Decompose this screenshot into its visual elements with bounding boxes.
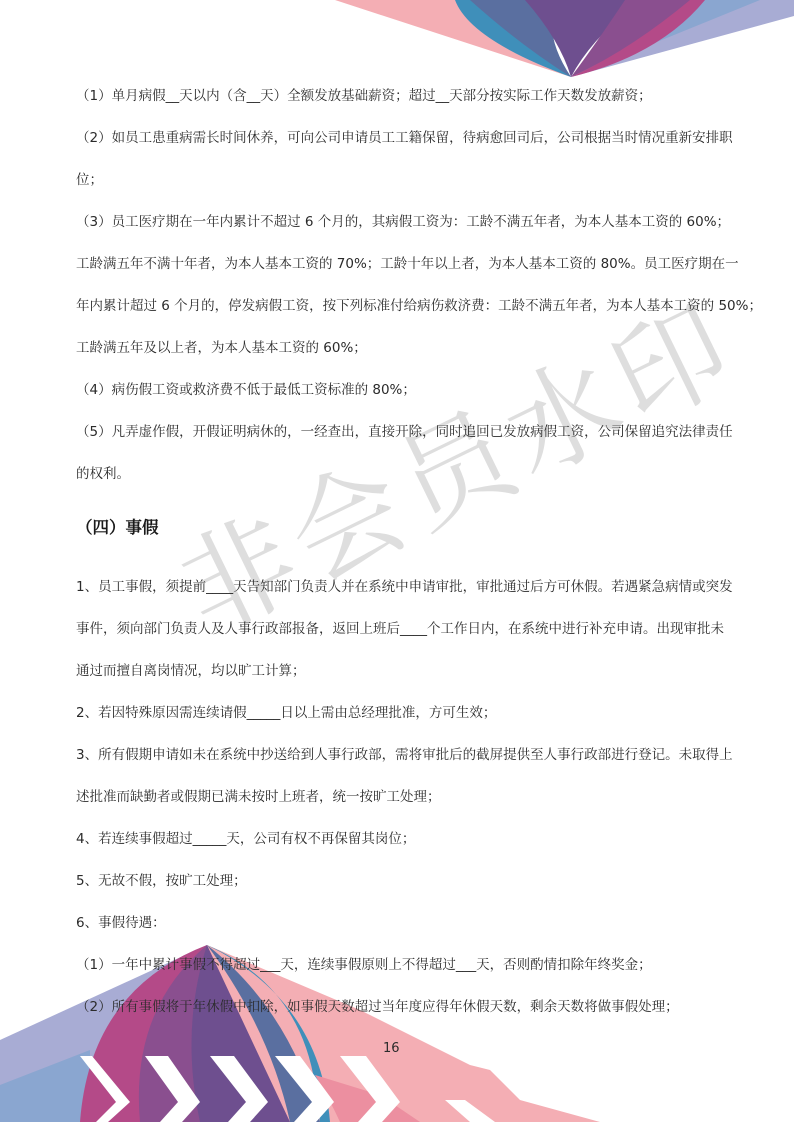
paragraph-line: 年内累计超过 6 个月的，停发病假工资，按下列标准付给病伤救济费：工龄不满五年者… (76, 297, 762, 315)
paragraph-line: （3）员工医疗期在一年内累计不超过 6 个月的，其病假工资为：工龄不满五年者，为… (76, 213, 730, 231)
paragraph-line: （5）凡弄虚作假，开假证明病休的，一经查出，直接开除，同时追回已发放病假工资，公… (76, 423, 733, 441)
paragraph-line: （1）单月病假__天以内（含__天）全额发放基础薪资；超过__天部分按实际工作天… (76, 87, 652, 105)
paragraph-line: 述批准而缺勤者或假期已满未按时上班者，统一按旷工处理； (76, 788, 441, 806)
watermark: 非会员水印 (150, 257, 760, 665)
paragraph-line: 6、事假待遇： (76, 914, 166, 932)
paragraph-line: 3、所有假期申请如未在系统中抄送给到人事行政部，需将审批后的截屏提供至人事行政部… (76, 746, 733, 764)
paragraph-line: 工龄满五年不满十年者，为本人基本工资的 70%；工龄十年以上者，为本人基本工资的… (76, 255, 739, 273)
paragraph-line: 通过而擅自离岗情况，均以旷工计算； (76, 662, 306, 680)
paragraph-line: 5、无故不假，按旷工处理； (76, 872, 247, 890)
paragraph-line: 1、员工事假，须提前____天告知部门负责人并在系统中申请审批，审批通过后方可休… (76, 578, 733, 596)
page-number: 16 (383, 1041, 400, 1056)
header-ornament (335, 0, 794, 77)
section-heading: （四）事假 (76, 519, 159, 537)
paragraph-line: （2）如员工患重病需长时间休养，可向公司申请员工工籍保留，待病愈回司后，公司根据… (76, 129, 733, 147)
paragraph-line: 位； (76, 171, 103, 189)
paragraph-line: （1）一年中累计事假不得超过___天，连续事假原则上不得超过___天，否则酌情扣… (76, 956, 652, 974)
paragraph-line: 2、若因特殊原因需连续请假_____日以上需由总经理批准，方可生效； (76, 704, 496, 722)
paragraph-line: （2）所有事假将于年休假中扣除，如事假天数超过当年度应得年休假天数，剩余天数将做… (76, 998, 679, 1016)
paragraph-line: 事件，须向部门负责人及人事行政部报备，返回上班后____个工作日内，在系统中进行… (76, 620, 724, 638)
paragraph-line: （4）病伤假工资或救济费不低于最低工资标准的 80%； (76, 381, 416, 399)
paragraph-line: 的权利。 (76, 465, 130, 483)
paragraph-line: 4、若连续事假超过_____天，公司有权不再保留其岗位； (76, 830, 415, 848)
paragraph-line: 工龄满五年及以上者，为本人基本工资的 60%； (76, 339, 367, 357)
